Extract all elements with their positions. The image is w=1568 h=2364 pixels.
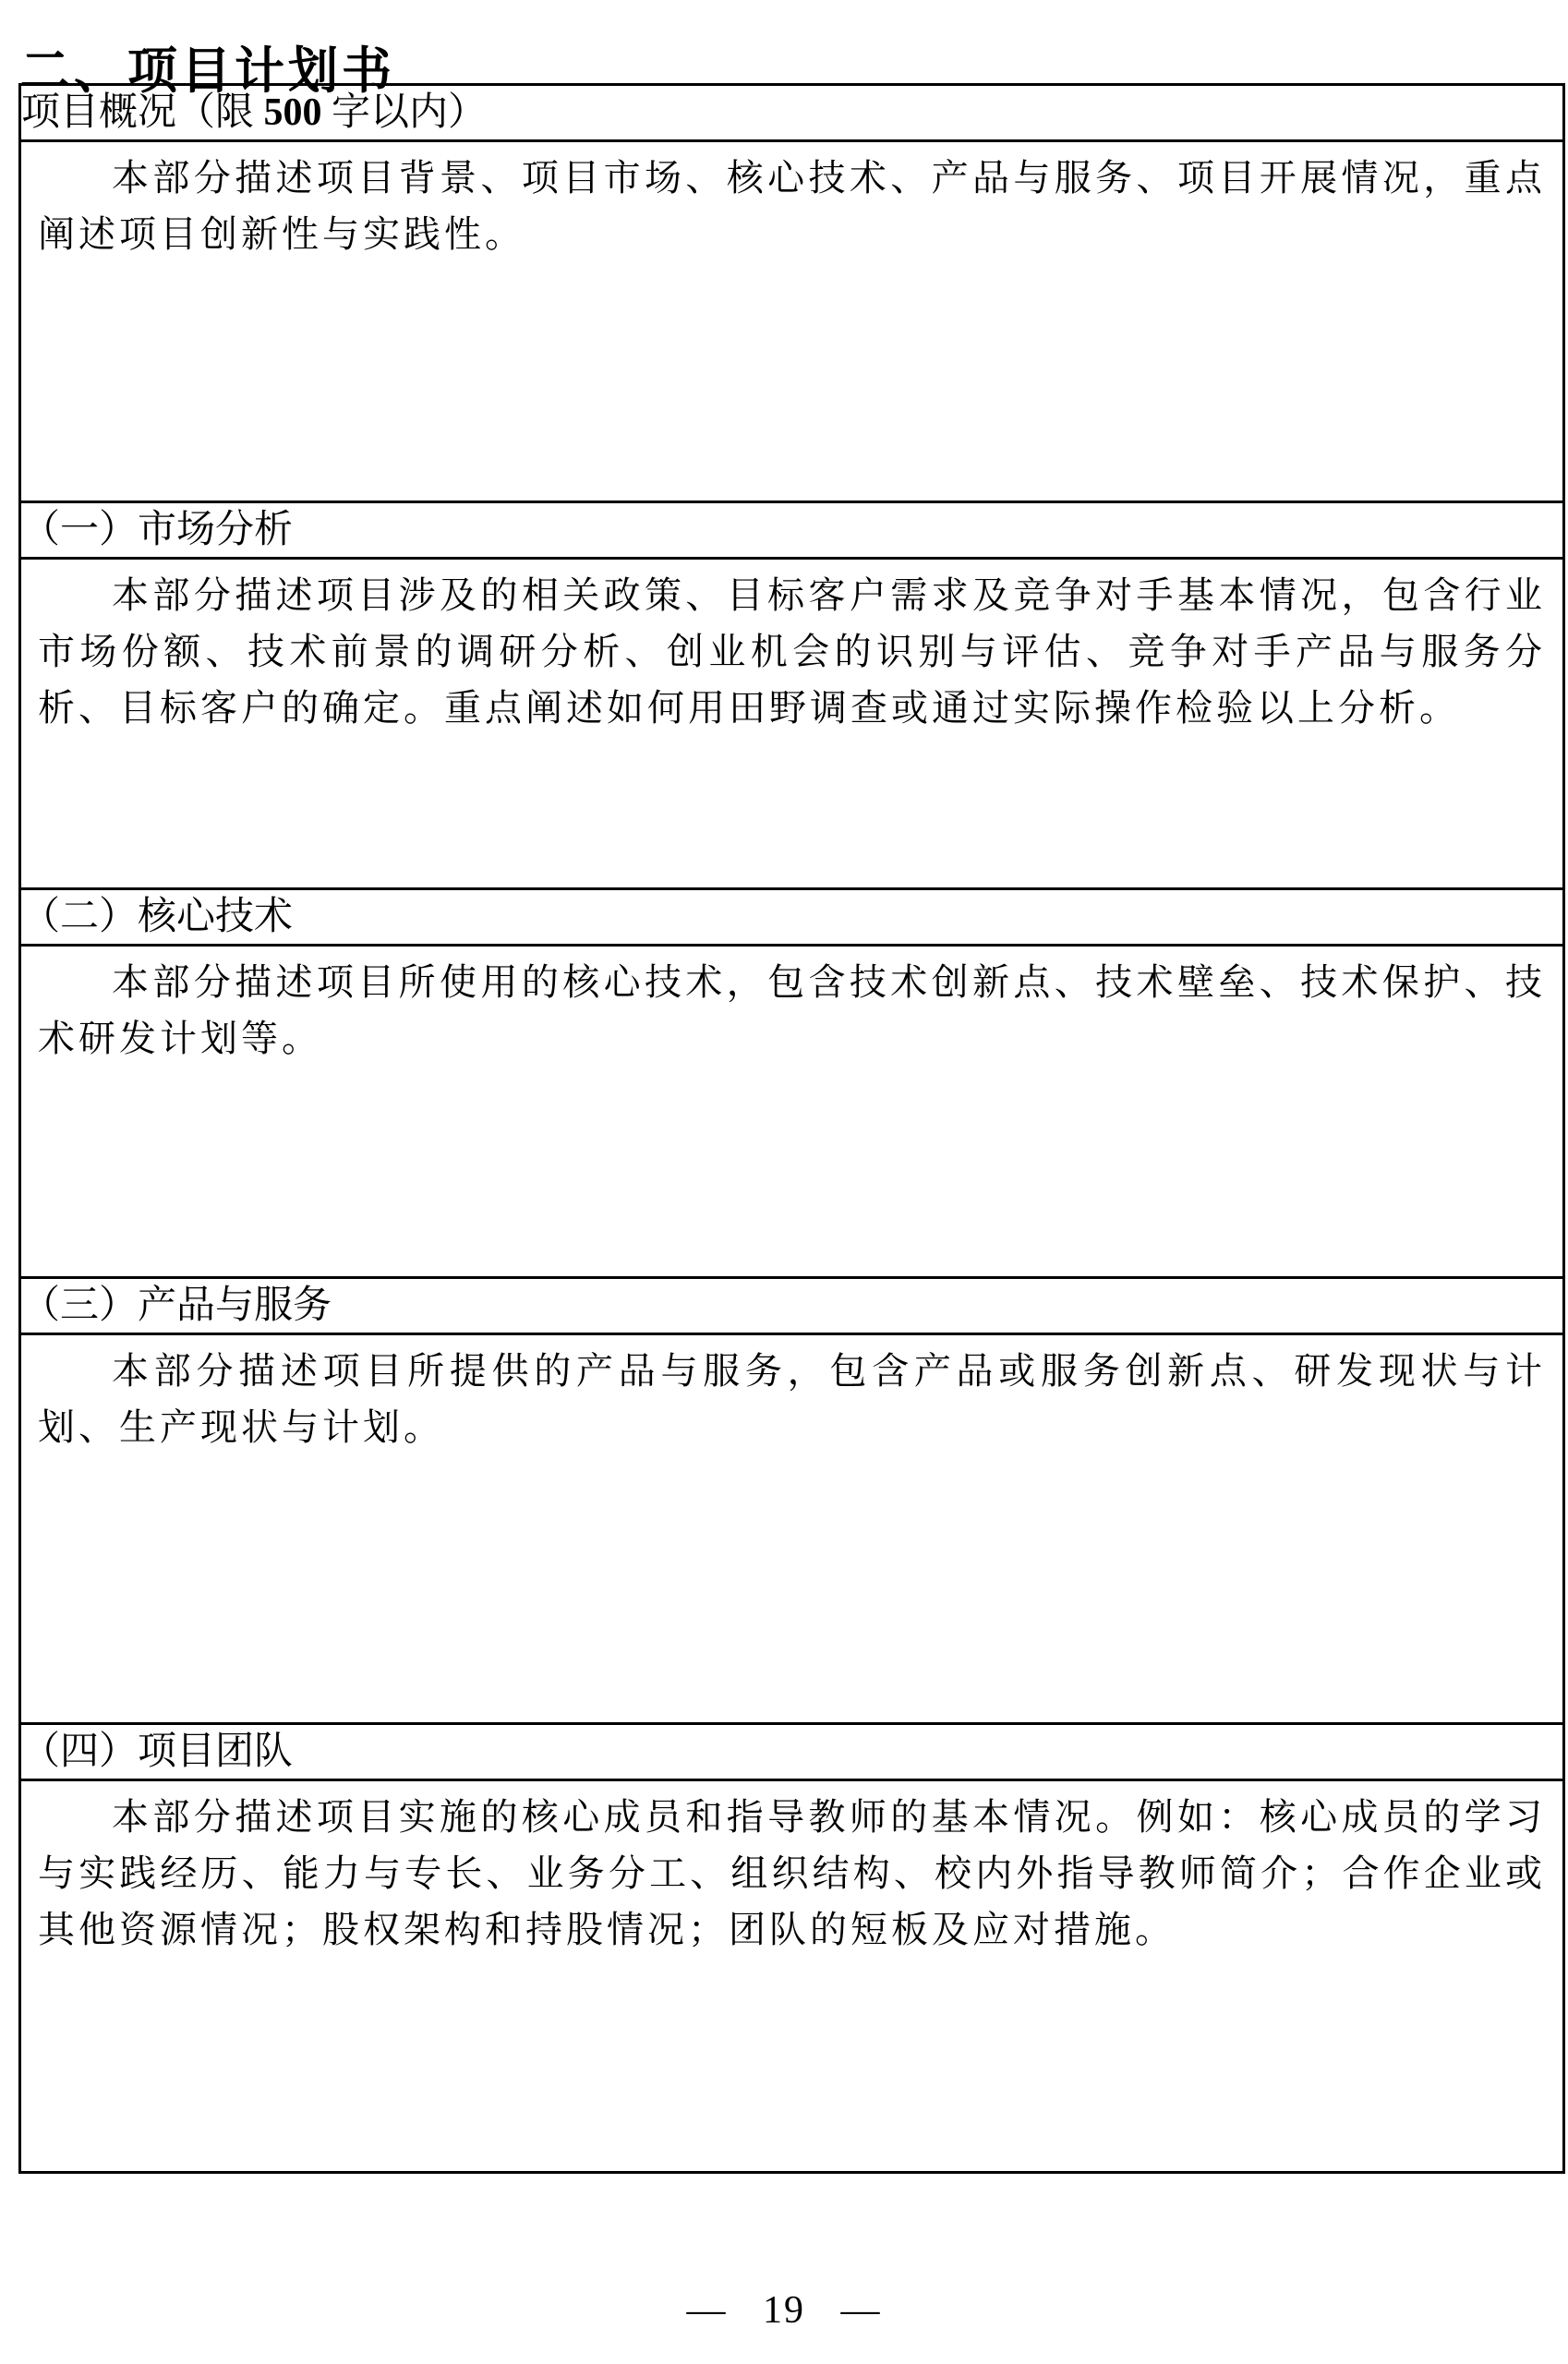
overview-header-prefix: 项目概况（限 [21,91,264,134]
overview-word-limit: 500 [264,91,322,134]
section-heading-products-services: （三）产品与服务 [20,1278,1564,1334]
overview-body-cell: 本部分描述项目背景、项目市场、核心技术、产品与服务、项目开展情况，重点阐述项目创… [20,141,1564,502]
section-paragraph: 本部分描述项目实施的核心成员和指导教师的基本情况。例如：核心成员的学习与实践经历… [21,1781,1562,1958]
section-paragraph: 本部分描述项目所提供的产品与服务，包含产品或服务创新点、研发现状与计划、生产现状… [21,1335,1562,1455]
project-plan-table: 项目概况（限 500 字以内） 本部分描述项目背景、项目市场、核心技术、产品与服… [18,83,1565,2174]
overview-header-cell: 项目概况（限 500 字以内） [20,85,1564,141]
section-heading-market-analysis: （一）市场分析 [20,502,1564,559]
overview-paragraph: 本部分描述项目背景、项目市场、核心技术、产品与服务、项目开展情况，重点阐述项目创… [21,142,1562,262]
section-body-core-technology: 本部分描述项目所使用的核心技术，包含技术创新点、技术壁垒、技术保护、技术研发计划… [20,946,1564,1278]
section-heading-core-technology: （二）核心技术 [20,889,1564,946]
section-heading-text: （三）产品与服务 [21,1285,332,1327]
section-paragraph: 本部分描述项目涉及的相关政策、目标客户需求及竞争对手基本情况，包含行业市场份额、… [21,560,1562,736]
section-body-project-team: 本部分描述项目实施的核心成员和指导教师的基本情况。例如：核心成员的学习与实践经历… [20,1780,1564,2173]
section-heading-text: （四）项目团队 [21,1731,293,1773]
section-heading-text: （二）核心技术 [21,896,293,938]
overview-header-suffix: 字以内） [322,91,488,134]
section-heading-project-team: （四）项目团队 [20,1724,1564,1780]
section-body-products-services: 本部分描述项目所提供的产品与服务，包含产品或服务创新点、研发现状与计划、生产现状… [20,1334,1564,1724]
page-number: — 19 — [0,2288,1568,2333]
section-body-market-analysis: 本部分描述项目涉及的相关政策、目标客户需求及竞争对手基本情况，包含行业市场份额、… [20,559,1564,889]
section-paragraph: 本部分描述项目所使用的核心技术，包含技术创新点、技术壁垒、技术保护、技术研发计划… [21,947,1562,1067]
section-heading-text: （一）市场分析 [21,509,293,551]
